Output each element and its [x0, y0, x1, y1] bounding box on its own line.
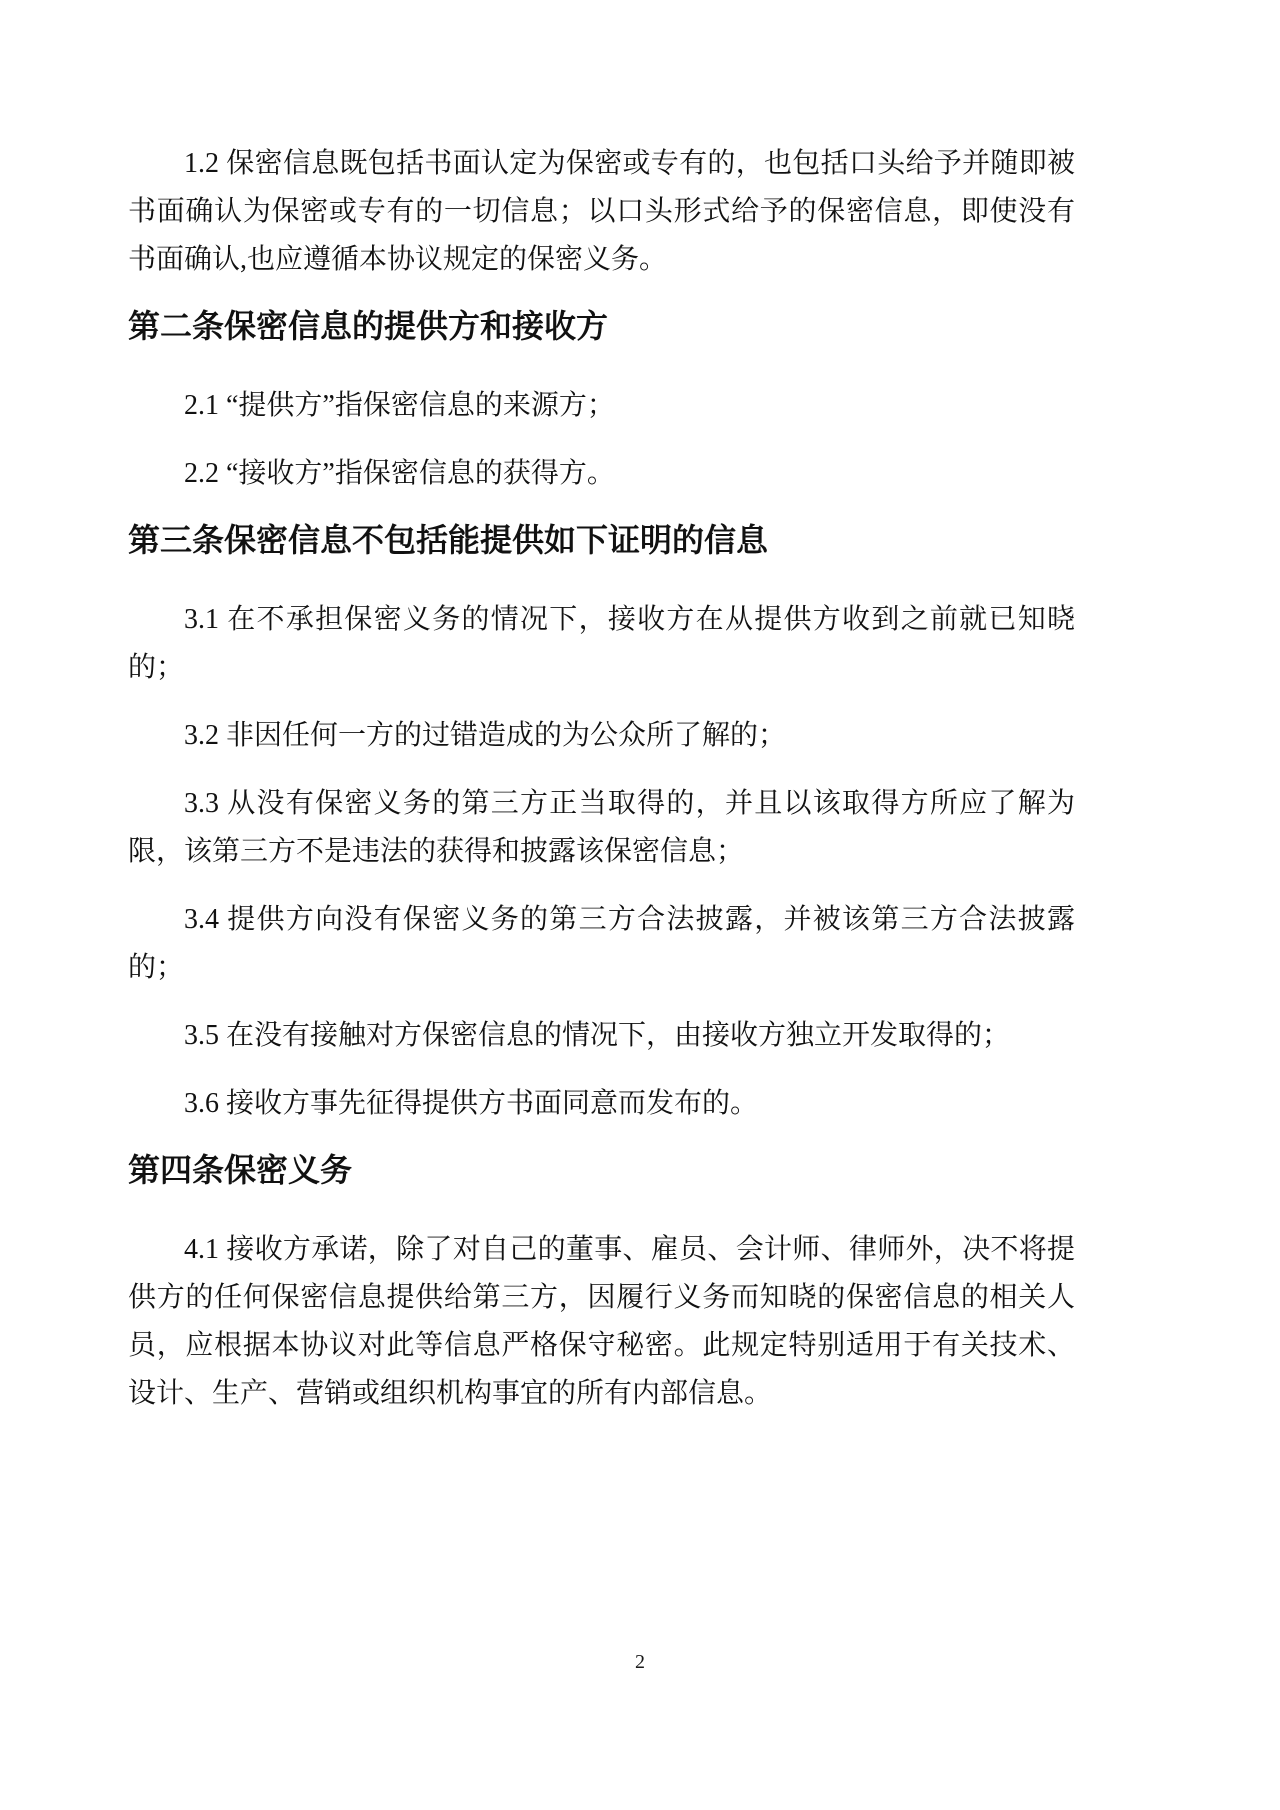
heading-article-3: 第三条保密信息不包括能提供如下证明的信息	[128, 518, 1075, 562]
clause-3-2: 3.2 非因任何一方的过错造成的为公众所了解的；	[128, 712, 1075, 760]
clause-3-4: 3.4 提供方向没有保密义务的第三方合法披露，并被该第三方合法披露的；	[128, 896, 1075, 992]
clause-1-2: 1.2 保密信息既包括书面认定为保密或专有的，也包括口头给予并随即被书面确认为保…	[128, 140, 1075, 284]
heading-article-4: 第四条保密义务	[128, 1148, 1075, 1192]
page-number: 2	[0, 1648, 1280, 1676]
clause-2-1: 2.1 “提供方”指保密信息的来源方；	[128, 382, 1075, 430]
clause-3-1: 3.1 在不承担保密义务的情况下，接收方在从提供方收到之前就已知晓的；	[128, 596, 1075, 692]
heading-article-2: 第二条保密信息的提供方和接收方	[128, 304, 1075, 348]
clause-3-3: 3.3 从没有保密义务的第三方正当取得的，并且以该取得方所应了解为限，该第三方不…	[128, 780, 1075, 876]
clause-2-2: 2.2 “接收方”指保密信息的获得方。	[128, 450, 1075, 498]
clause-4-1: 4.1 接收方承诺，除了对自己的董事、雇员、会计师、律师外，决不将提供方的任何保…	[128, 1226, 1075, 1418]
clause-3-6: 3.6 接收方事先征得提供方书面同意而发布的。	[128, 1080, 1075, 1128]
document-content: 1.2 保密信息既包括书面认定为保密或专有的，也包括口头给予并随即被书面确认为保…	[128, 140, 1075, 1438]
document-page: 1.2 保密信息既包括书面认定为保密或专有的，也包括口头给予并随即被书面确认为保…	[0, 0, 1280, 1810]
clause-3-5: 3.5 在没有接触对方保密信息的情况下，由接收方独立开发取得的；	[128, 1012, 1075, 1060]
